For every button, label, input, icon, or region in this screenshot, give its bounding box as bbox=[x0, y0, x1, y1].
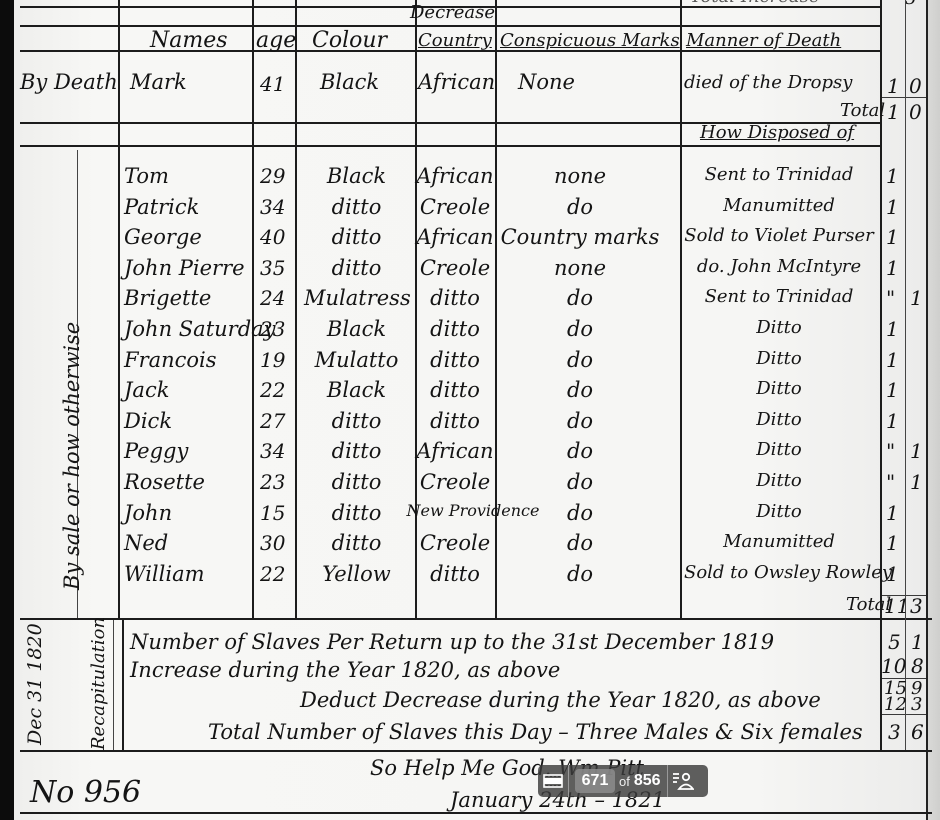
cell-name: John Pierre bbox=[124, 258, 245, 279]
cell-name: Mark bbox=[130, 72, 187, 93]
cell-country: ditto bbox=[413, 350, 497, 371]
header-disposed: How Disposed of bbox=[700, 124, 854, 142]
cell-age: 23 bbox=[260, 472, 285, 492]
cell-age: 23 bbox=[260, 319, 285, 339]
header-country: Country bbox=[418, 32, 492, 50]
index-button[interactable] bbox=[667, 765, 698, 797]
filmstrip-icon bbox=[543, 773, 563, 789]
cell-disposed: Ditto bbox=[684, 319, 874, 337]
header-marks: Conspicuous Marks bbox=[500, 32, 680, 50]
cell-females: 0 bbox=[909, 76, 922, 96]
recap-line-2: Increase during the Year 1820, as above bbox=[130, 660, 560, 681]
person-list-icon bbox=[672, 771, 694, 791]
sale-total-females: 3 bbox=[910, 596, 923, 616]
cell-age: 19 bbox=[260, 350, 285, 370]
cell-disposed: Sent to Trinidad bbox=[684, 288, 874, 306]
recap-line-5: Total Number of Slaves this Day – Three … bbox=[208, 722, 863, 743]
cell-name: Jack bbox=[124, 380, 169, 401]
cell-age: 34 bbox=[260, 197, 285, 217]
header-names: Names bbox=[150, 30, 228, 52]
cell-males: 1 bbox=[886, 227, 899, 247]
cell-disposed: Ditto bbox=[684, 472, 874, 490]
cell-age: 27 bbox=[260, 411, 285, 431]
cell-disposed: Manumitted bbox=[684, 533, 874, 551]
cell-age: 22 bbox=[260, 380, 285, 400]
recap-females-4: 3 bbox=[911, 696, 922, 714]
rule bbox=[118, 0, 120, 618]
cell-disposed: do. John McIntyre bbox=[684, 258, 874, 276]
cell-males: 1 bbox=[886, 564, 899, 584]
cell-disposed: Ditto bbox=[684, 411, 874, 429]
recap-females-1: 1 bbox=[911, 632, 924, 652]
cell-marks: do bbox=[500, 472, 660, 493]
of-label: of bbox=[619, 774, 630, 789]
cell-males: " bbox=[886, 441, 895, 461]
total-females: 0 bbox=[909, 102, 922, 122]
cell-name: George bbox=[124, 227, 202, 248]
header-colour: Colour bbox=[312, 30, 387, 52]
cell-country: African bbox=[413, 166, 497, 187]
document-page: Total Increase 3 Names age Colour Decrea… bbox=[0, 0, 940, 820]
sale-total-males: 11 bbox=[884, 596, 909, 616]
cell-age: 22 bbox=[260, 564, 285, 584]
cell-disposed: Sold to Violet Purser bbox=[684, 227, 874, 245]
cell-males: 1 bbox=[887, 76, 900, 96]
cell-colour: ditto bbox=[304, 503, 409, 524]
cell-name: John bbox=[124, 503, 172, 524]
cell-males: 1 bbox=[886, 197, 899, 217]
rule bbox=[122, 620, 124, 750]
rule bbox=[20, 145, 880, 147]
cell-country: Creole bbox=[413, 472, 497, 493]
scan-right-edge bbox=[928, 0, 940, 820]
cell-country: Creole bbox=[413, 533, 497, 554]
cell-males: 1 bbox=[886, 503, 899, 523]
total-males: 1 bbox=[887, 102, 900, 122]
cell-colour: Mulatress bbox=[304, 288, 409, 309]
cell-males: 1 bbox=[886, 533, 899, 553]
cell-males: 1 bbox=[886, 350, 899, 370]
header-decrease: Decrease bbox=[410, 4, 495, 22]
cell-age: 35 bbox=[260, 258, 285, 278]
cell-colour: ditto bbox=[304, 411, 409, 432]
rule bbox=[20, 618, 932, 620]
cell-colour: Yellow bbox=[304, 564, 409, 585]
cell-age: 24 bbox=[260, 288, 285, 308]
scan-left-edge bbox=[0, 0, 14, 820]
cell-name: Dick bbox=[124, 411, 172, 432]
rule bbox=[905, 0, 906, 750]
cell-colour: Black bbox=[304, 380, 409, 401]
cell-marks: do bbox=[500, 503, 660, 524]
cell-marks: do bbox=[500, 564, 660, 585]
cell-males: 1 bbox=[886, 319, 899, 339]
cell-marks: do bbox=[500, 197, 660, 218]
cell-marks: none bbox=[500, 258, 660, 279]
cell-disposed: Ditto bbox=[684, 503, 874, 521]
section-by-sale: By sale or how otherwise bbox=[60, 322, 84, 590]
cell-disposed: Ditto bbox=[684, 380, 874, 398]
recap-females-2: 8 bbox=[911, 656, 924, 676]
cell-disposed: Sent to Trinidad bbox=[684, 166, 874, 184]
rule bbox=[20, 750, 932, 752]
header-manner: Manner of Death bbox=[686, 32, 841, 50]
cell-marks: do bbox=[500, 533, 660, 554]
rule bbox=[113, 620, 114, 750]
recap-line-1: Number of Slaves Per Return up to the 31… bbox=[130, 632, 774, 653]
recap-males-4: 12 bbox=[884, 696, 907, 714]
total-label: Total bbox=[840, 102, 885, 120]
rule bbox=[20, 25, 880, 27]
cell-marks: do bbox=[500, 411, 660, 432]
cell-age: 40 bbox=[260, 227, 285, 247]
recap-label: Recapitulation bbox=[88, 617, 109, 750]
cell-country: Creole bbox=[413, 197, 497, 218]
cell-colour: ditto bbox=[304, 472, 409, 493]
cell-disposed: Ditto bbox=[684, 350, 874, 368]
cell-males: 1 bbox=[886, 380, 899, 400]
cell-name: Rosette bbox=[124, 472, 205, 493]
rule bbox=[252, 0, 254, 618]
cell-country: ditto bbox=[413, 380, 497, 401]
cell-country: Creole bbox=[413, 258, 497, 279]
cell-marks: Country marks bbox=[500, 227, 660, 248]
cell-disposed: Manumitted bbox=[684, 197, 874, 215]
rule bbox=[20, 812, 932, 814]
cell-age: 29 bbox=[260, 166, 285, 186]
cell-colour: ditto bbox=[304, 197, 409, 218]
cell-females: 1 bbox=[910, 472, 923, 492]
cell-males: 1 bbox=[886, 166, 899, 186]
cell-country: ditto bbox=[413, 319, 497, 340]
cell-marks: none bbox=[500, 166, 660, 187]
top-fragment: Total Increase bbox=[690, 0, 820, 6]
cell-colour: ditto bbox=[304, 441, 409, 462]
cell-age: 41 bbox=[260, 74, 285, 94]
cell-marks: None bbox=[518, 72, 575, 93]
cell-males: 1 bbox=[886, 411, 899, 431]
rule bbox=[295, 0, 297, 618]
record-number: No 956 bbox=[30, 778, 141, 808]
recap-line-4: Deduct Decrease during the Year 1820, as… bbox=[300, 690, 821, 711]
filmstrip-button[interactable] bbox=[538, 765, 569, 797]
cell-colour: ditto bbox=[304, 227, 409, 248]
header-age: age bbox=[256, 30, 296, 52]
recap-males-1: 5 bbox=[888, 632, 901, 652]
cell-colour: Black bbox=[304, 166, 409, 187]
cell-name: William bbox=[124, 564, 205, 585]
cell-name: Brigette bbox=[124, 288, 211, 309]
cell-colour: ditto bbox=[304, 533, 409, 554]
cell-age: 34 bbox=[260, 441, 285, 461]
cell-females: 1 bbox=[910, 441, 923, 461]
cell-marks: do bbox=[500, 319, 660, 340]
recap-males-2: 10 bbox=[881, 656, 906, 676]
cell-colour: Mulatto bbox=[304, 350, 409, 371]
cell-country: African bbox=[413, 441, 497, 462]
cell-males: " bbox=[886, 288, 895, 308]
cell-country: ditto bbox=[413, 411, 497, 432]
cell-country: African bbox=[418, 72, 495, 93]
cell-females: 1 bbox=[910, 288, 923, 308]
cell-age: 30 bbox=[260, 533, 285, 553]
cell-marks: do bbox=[500, 288, 660, 309]
rule bbox=[680, 0, 682, 618]
cell-colour: ditto bbox=[304, 258, 409, 279]
cell-country: African bbox=[413, 227, 497, 248]
section-by-death: By Death bbox=[20, 72, 118, 93]
recap-males-5: 3 bbox=[888, 722, 901, 742]
current-page-input[interactable]: 671 bbox=[575, 769, 615, 793]
cell-name: Patrick bbox=[124, 197, 199, 218]
cell-males: " bbox=[886, 472, 895, 492]
cell-colour: Black bbox=[304, 319, 409, 340]
cell-name: Peggy bbox=[124, 441, 188, 462]
top-right-fragment: 3 bbox=[905, 0, 916, 8]
cell-males: 1 bbox=[886, 258, 899, 278]
page-navigator: 671 of 856 bbox=[538, 765, 708, 797]
cell-marks: do bbox=[500, 441, 660, 462]
cell-marks: do bbox=[500, 380, 660, 401]
recap-females-5: 6 bbox=[911, 722, 924, 742]
cell-name: Tom bbox=[124, 166, 169, 187]
total-pages: 856 bbox=[634, 772, 661, 790]
cell-marks: do bbox=[500, 350, 660, 371]
cell-manner: died of the Dropsy bbox=[684, 74, 852, 92]
cell-name: John Saturday bbox=[124, 319, 276, 340]
cell-colour: Black bbox=[320, 72, 379, 93]
recap-date: Dec 31 1820 bbox=[24, 623, 46, 745]
cell-disposed: Sold to Owsley Rowley bbox=[684, 564, 874, 582]
cell-name: Ned bbox=[124, 533, 168, 554]
cell-country: ditto bbox=[413, 564, 497, 585]
cell-country: ditto bbox=[413, 288, 497, 309]
cell-name: Francois bbox=[124, 350, 217, 371]
cell-age: 15 bbox=[260, 503, 285, 523]
cell-disposed: Ditto bbox=[684, 441, 874, 459]
